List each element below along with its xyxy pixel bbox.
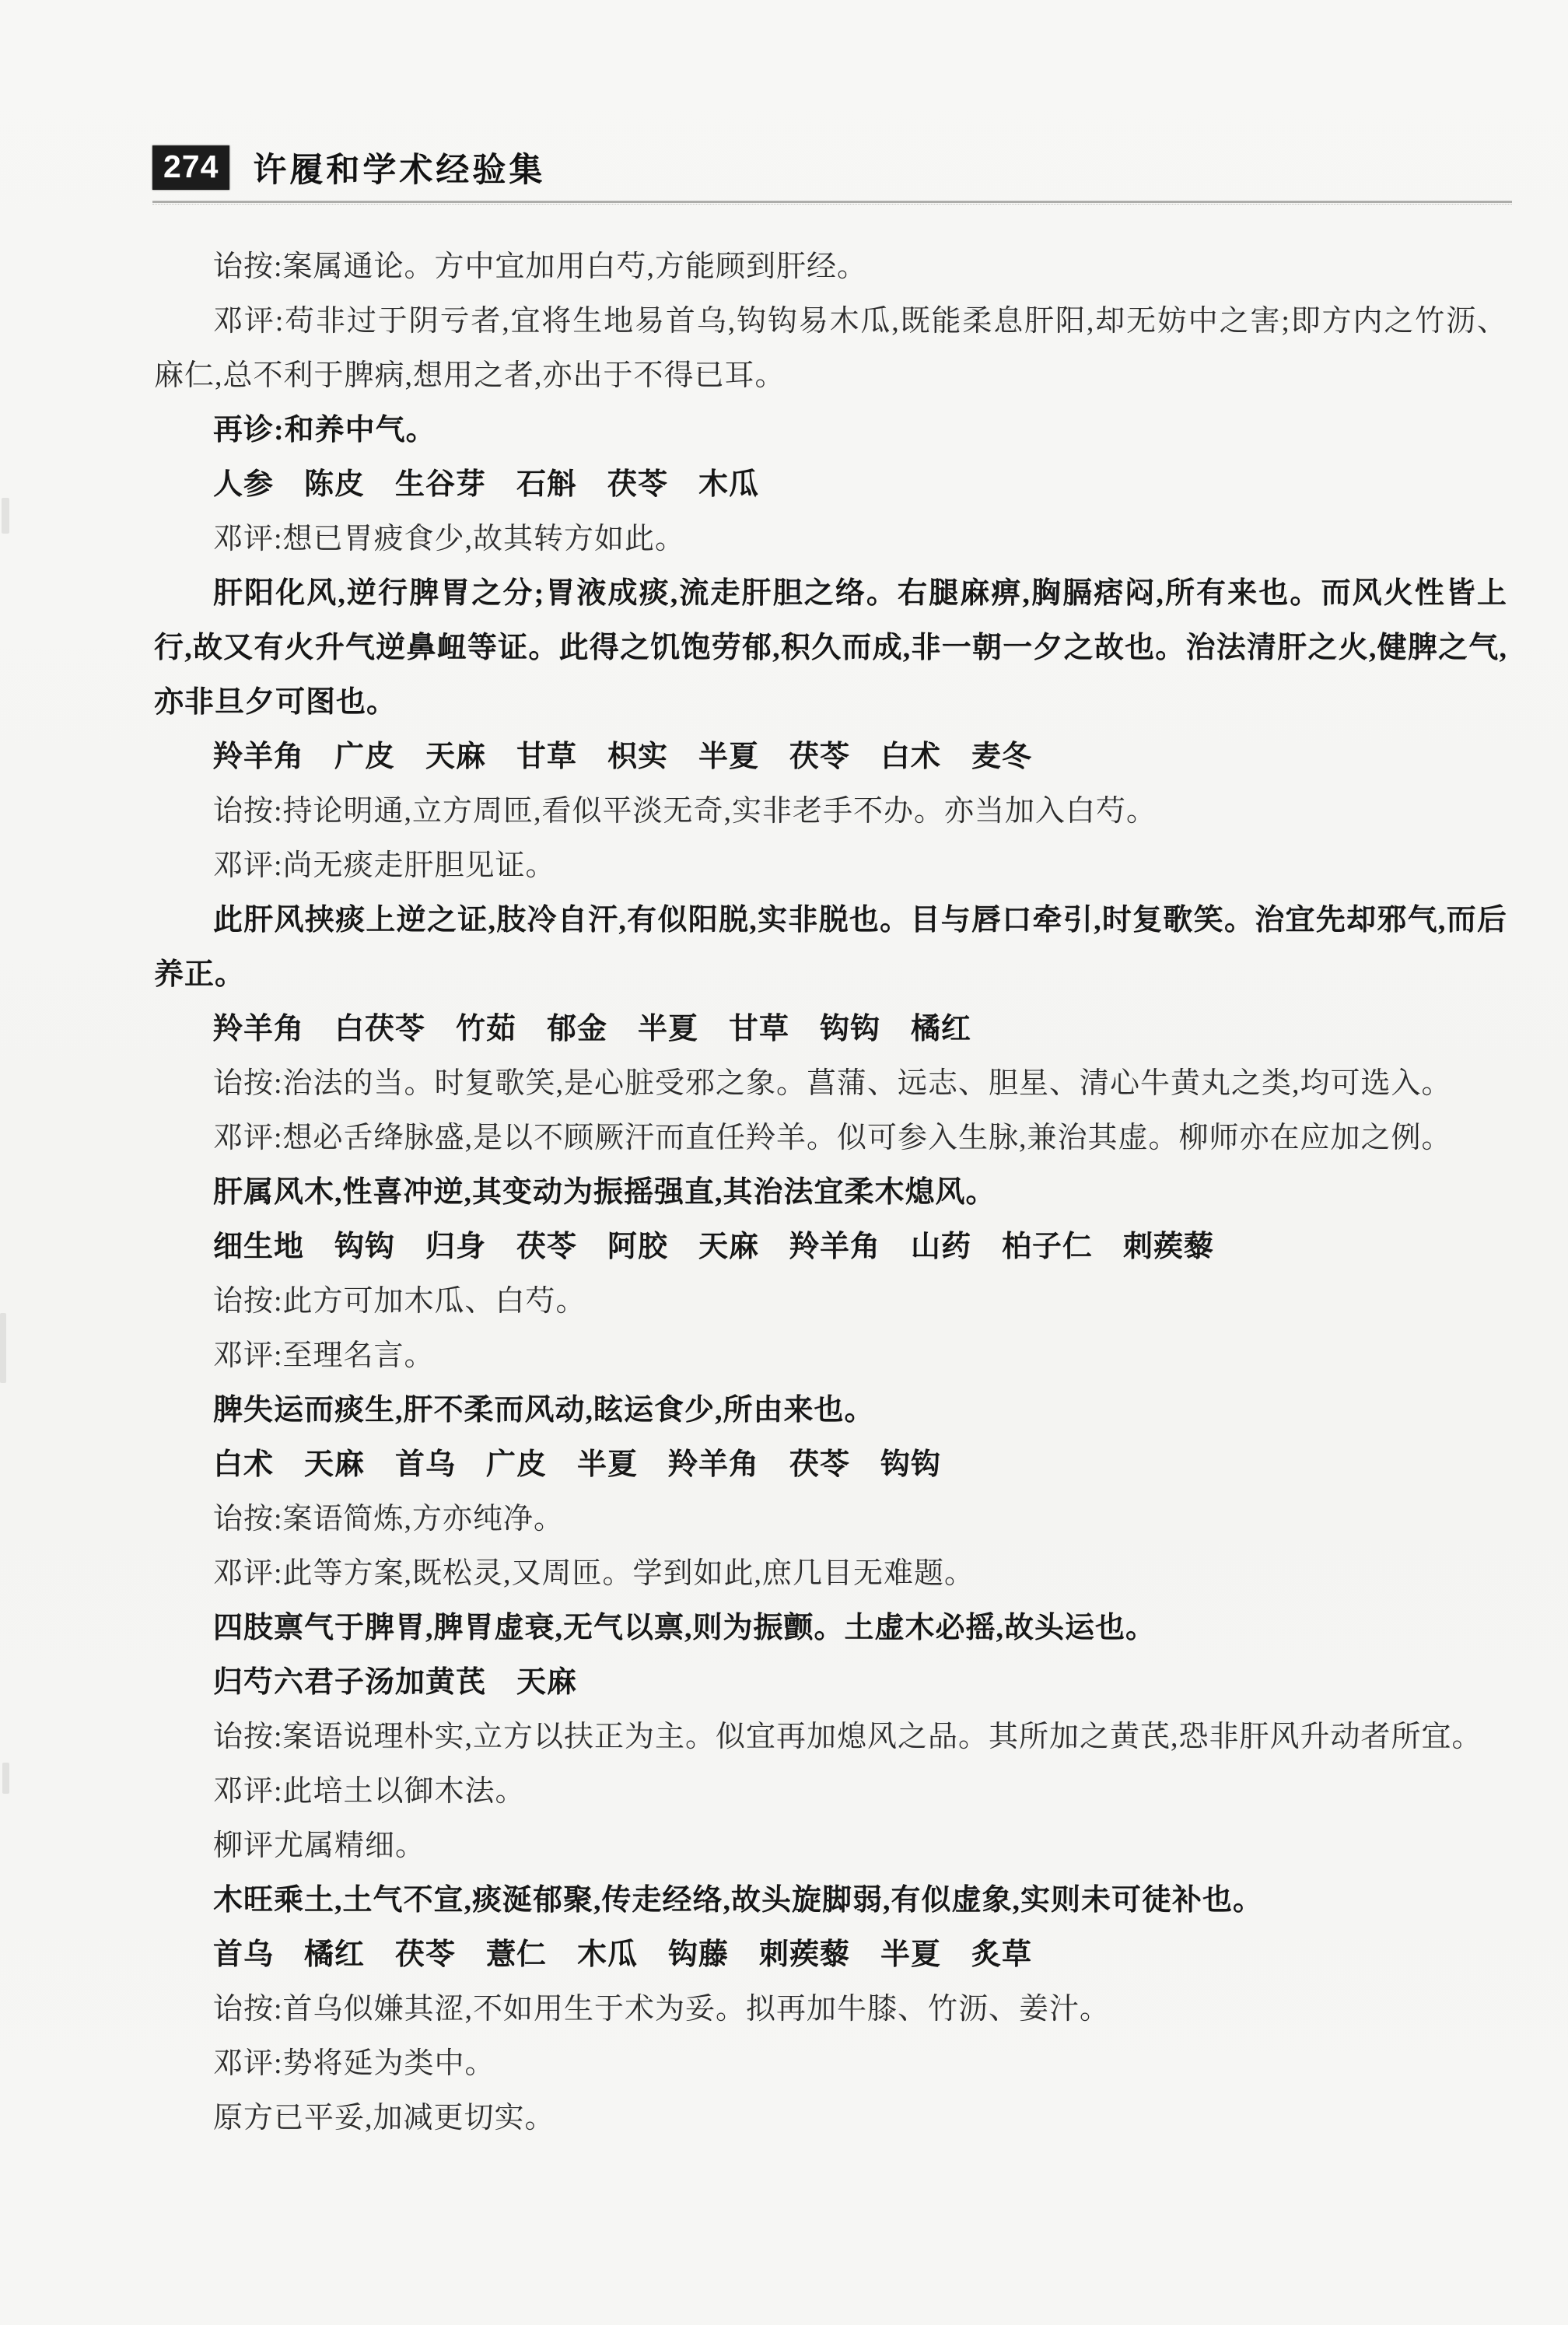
herb-prescription-line: 细生地 钩钩 归身 茯苓 阿胶 天麻 羚羊角 山药 柏子仁 刺蒺藜 xyxy=(154,1220,1507,1274)
herb-prescription-line: 白术 天麻 首乌 广皮 半夏 羚羊角 茯苓 钩钩 xyxy=(154,1437,1507,1492)
commentary-paragraph: 邓评:苟非过于阴亏者,宜将生地易首乌,钩钩易木瓜,既能柔息肝阳,却无妨中之害;即… xyxy=(154,294,1507,403)
case-text-paragraph: 木旺乘土,土气不宣,痰涎郁聚,传走经络,故头旋脚弱,有似虚象,实则未可徒补也。 xyxy=(154,1873,1507,1928)
herb-prescription-line: 羚羊角 白茯苓 竹茹 郁金 半夏 甘草 钩钩 橘红 xyxy=(154,1002,1507,1056)
case-text-paragraph: 肝阳化风,逆行脾胃之分;胃液成痰,流走肝胆之络。右腿麻痹,胸膈痞闷,所有来也。而… xyxy=(154,566,1507,730)
header-divider xyxy=(152,201,1512,203)
herb-prescription-line: 羚羊角 广皮 天麻 甘草 枳实 半夏 茯苓 白术 麦冬 xyxy=(154,730,1507,784)
case-text-paragraph: 肝属风木,性喜冲逆,其变动为振摇强直,其治法宜柔木熄风。 xyxy=(154,1165,1507,1220)
commentary-paragraph: 诒按:案语说理朴实,立方以扶正为主。似宜再加熄风之品。其所加之黄芪,恐非肝风升动… xyxy=(154,1710,1507,1764)
commentary-paragraph: 柳评尤属精细。 xyxy=(154,1819,1507,1873)
commentary-paragraph: 邓评:尚无痰走肝胆见证。 xyxy=(154,839,1507,893)
herb-prescription-line: 人参 陈皮 生谷芽 石斛 茯苓 木瓜 xyxy=(154,457,1507,512)
commentary-paragraph: 诒按:治法的当。时复歌笑,是心脏受邪之象。菖蒲、远志、胆星、清心牛黄丸之类,均可… xyxy=(154,1056,1507,1111)
scan-smudge xyxy=(0,1313,6,1383)
commentary-paragraph: 邓评:此等方案,既松灵,又周匝。学到如此,庶几目无难题。 xyxy=(154,1546,1507,1601)
commentary-paragraph: 诒按:案属通论。方中宜加用白芍,方能顾到肝经。 xyxy=(154,240,1507,294)
page-number-badge: 274 xyxy=(152,145,229,190)
book-page: 274 许履和学术经验集 诒按:案属通论。方中宜加用白芍,方能顾到肝经。 邓评:… xyxy=(0,0,1568,2325)
herb-prescription-line: 首乌 橘红 茯苓 薏仁 木瓜 钩藤 刺蒺藜 半夏 炙草 xyxy=(154,1928,1507,1982)
case-text-paragraph: 脾失运而痰生,肝不柔而风动,眩运食少,所由来也。 xyxy=(154,1383,1507,1437)
commentary-paragraph: 诒按:此方可加木瓜、白芍。 xyxy=(154,1274,1507,1329)
commentary-paragraph: 诒按:首乌似嫌其涩,不如用生于术为妥。拟再加牛膝、竹沥、姜汁。 xyxy=(154,1982,1507,2036)
commentary-paragraph: 诒按:案语简炼,方亦纯净。 xyxy=(154,1492,1507,1546)
commentary-paragraph: 原方已平妥,加减更切实。 xyxy=(154,2091,1507,2145)
scan-smudge xyxy=(2,1763,9,1794)
page-header: 274 许履和学术经验集 xyxy=(152,143,1510,191)
page-body: 诒按:案属通论。方中宜加用白芍,方能顾到肝经。 邓评:苟非过于阴亏者,宜将生地易… xyxy=(154,240,1507,2145)
case-text-paragraph: 四肢禀气于脾胃,脾胃虚衰,无气以禀,则为振颤。土虚木必摇,故头运也。 xyxy=(154,1601,1507,1655)
case-text-paragraph: 再诊:和养中气。 xyxy=(154,403,1507,457)
book-title: 许履和学术经验集 xyxy=(253,144,545,191)
herb-prescription-line: 归芍六君子汤加黄芪 天麻 xyxy=(154,1655,1507,1710)
commentary-paragraph: 邓评:想已胃疲食少,故其转方如此。 xyxy=(154,512,1507,566)
commentary-paragraph: 邓评:想必舌绛脉盛,是以不顾厥汗而直任羚羊。似可参入生脉,兼治其虚。柳师亦在应加… xyxy=(154,1111,1507,1165)
commentary-paragraph: 诒按:持论明通,立方周匝,看似平淡无奇,实非老手不办。亦当加入白芍。 xyxy=(154,784,1507,839)
commentary-paragraph: 邓评:势将延为类中。 xyxy=(154,2036,1507,2091)
commentary-paragraph: 邓评:至理名言。 xyxy=(154,1329,1507,1383)
case-text-paragraph: 此肝风挟痰上逆之证,肢冷自汗,有似阳脱,实非脱也。目与唇口牵引,时复歌笑。治宜先… xyxy=(154,893,1507,1002)
commentary-paragraph: 邓评:此培土以御木法。 xyxy=(154,1764,1507,1819)
scan-smudge xyxy=(2,498,9,534)
